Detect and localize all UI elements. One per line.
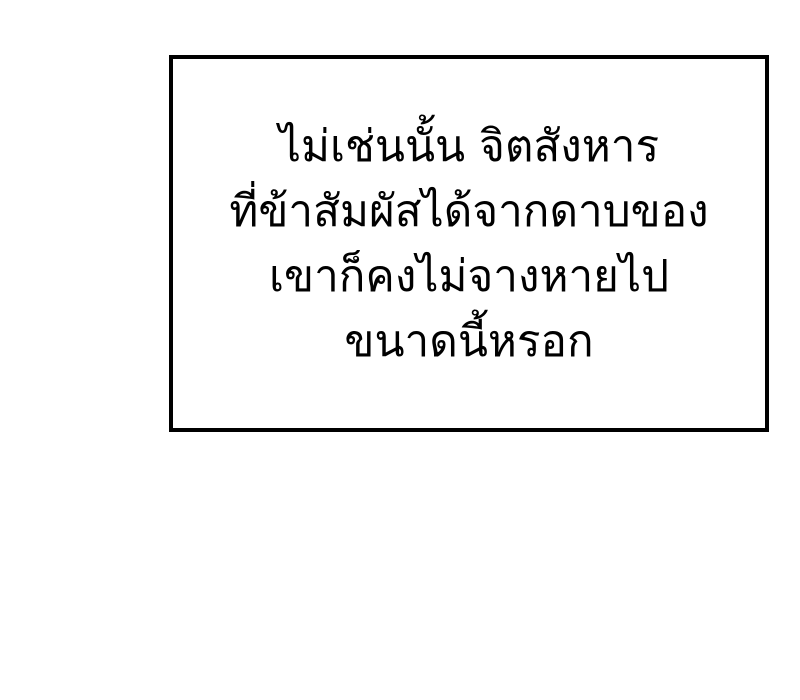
speech-text-line-4: ขนาดนี้หรอก <box>344 309 593 374</box>
comic-panel: ไม่เช่นนั้น จิตสังหาร ที่ข้าสัมผัสได้จาก… <box>0 0 800 700</box>
speech-bubble: ไม่เช่นนั้น จิตสังหาร ที่ข้าสัมผัสได้จาก… <box>169 55 769 432</box>
speech-text-line-2: ที่ข้าสัมผัสได้จากดาบของ <box>229 179 708 244</box>
speech-text-line-3: เขาก็คงไม่จางหายไป <box>269 244 669 309</box>
speech-text-line-1: ไม่เช่นนั้น จิตสังหาร <box>279 114 659 179</box>
